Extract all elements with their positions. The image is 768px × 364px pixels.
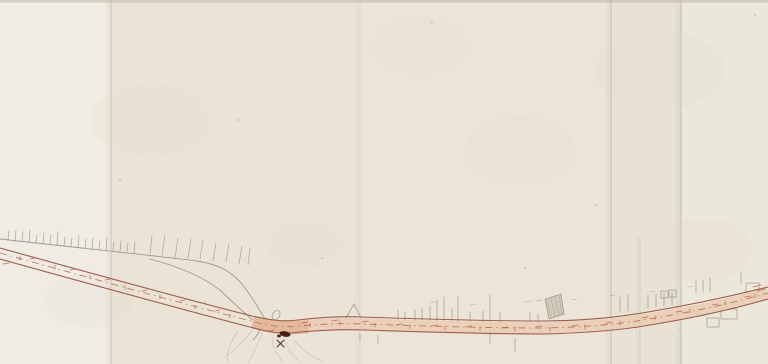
crease-shadow <box>106 0 111 364</box>
paper-stain <box>465 116 574 183</box>
plan-svg <box>0 0 768 364</box>
bridge-ink-blob-small <box>277 335 281 338</box>
paper-speck <box>237 119 239 121</box>
crease-shadow <box>606 0 611 364</box>
paper-speck <box>431 21 433 23</box>
paper-speck <box>524 267 526 269</box>
paper-speck <box>119 179 121 181</box>
paper-speck <box>321 257 323 259</box>
edge-shadows <box>0 0 768 3</box>
paper-panel <box>111 0 360 364</box>
paper-stain <box>595 30 725 110</box>
paper-speck <box>204 301 206 303</box>
crease-shadow <box>355 0 360 364</box>
crease-shadow <box>635 238 640 364</box>
paper-stain <box>266 221 344 269</box>
scan-top-shadow <box>0 0 768 3</box>
scanned-plan-page <box>0 0 768 364</box>
paper-stain <box>648 218 752 282</box>
paper-speck <box>595 204 597 206</box>
paper-stain <box>373 16 467 74</box>
paper-speck <box>754 14 756 16</box>
junction-wash <box>253 322 308 328</box>
